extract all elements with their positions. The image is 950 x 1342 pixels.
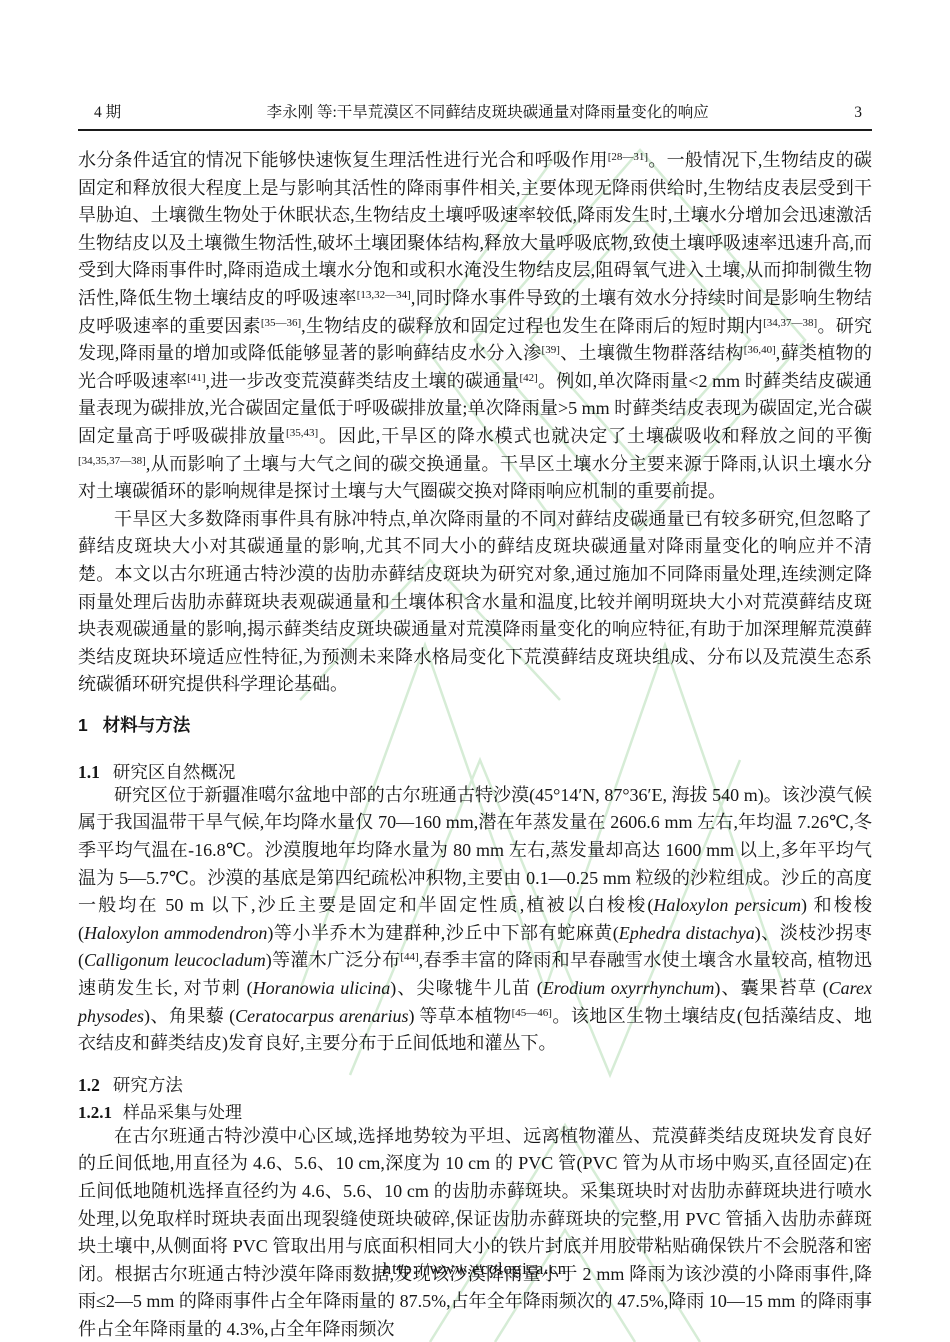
subsection-heading-study-area: 1.1研究区自然概况 <box>78 762 872 782</box>
journal-url[interactable]: http://www.ecologica.cn <box>383 1259 567 1278</box>
paragraph-intro-aims: 干旱区大多数降雨事件具有脉冲特点,单次降雨量的不同对藓结皮碳通量已有较多研究,但… <box>78 506 872 699</box>
subsection-number: 1.2 <box>78 1075 100 1095</box>
page-body: 4 期 李永刚 等:干旱荒漠区不同藓结皮斑块碳通量对降雨量变化的响应 3 水分条… <box>0 104 950 1342</box>
running-head: 4 期 李永刚 等:干旱荒漠区不同藓结皮斑块碳通量对降雨量变化的响应 3 <box>78 104 872 122</box>
subsection-title: 研究区自然概况 <box>113 762 236 782</box>
subsection-title: 研究方法 <box>113 1075 183 1095</box>
subsubsection-title: 样品采集与处理 <box>123 1103 242 1122</box>
paragraph-intro-continued: 水分条件适宜的情况下能够快速恢复生理活性进行光合和呼吸作用[28—31]。一般情… <box>78 147 872 506</box>
running-title: 李永刚 等:干旱荒漠区不同藓结皮斑块碳通量对降雨量变化的响应 <box>267 104 709 122</box>
paper-page: { "header": { "issue_label": "4 期", "run… <box>0 0 950 1342</box>
subsubsection-number: 1.2.1 <box>78 1103 112 1122</box>
section-heading-materials-methods: 1材料与方法 <box>78 715 872 735</box>
section-title: 材料与方法 <box>103 715 191 735</box>
subsection-heading-methods: 1.2研究方法 <box>78 1075 872 1095</box>
paragraph-sampling-methods: 在古尔班通古特沙漠中心区域,选择地势较为平坦、远离植物灌丛、荒漠藓类结皮斑块发育… <box>78 1123 872 1342</box>
section-number: 1 <box>78 715 88 735</box>
article-text: 水分条件适宜的情况下能够快速恢复生理活性进行光合和呼吸作用[28—31]。一般情… <box>78 147 872 1342</box>
page-footer: http://www.ecologica.cn <box>0 1259 950 1279</box>
journal-issue-label: 4 期 <box>78 104 121 122</box>
page-number: 3 <box>854 104 872 122</box>
subsection-number: 1.1 <box>78 762 100 782</box>
subsubsection-heading-sampling: 1.2.1样品采集与处理 <box>78 1103 872 1123</box>
paragraph-study-area: 研究区位于新疆准噶尔盆地中部的古尔班通古特沙漠(45°14′N, 87°36′E… <box>78 782 872 1058</box>
header-rule <box>78 129 872 131</box>
